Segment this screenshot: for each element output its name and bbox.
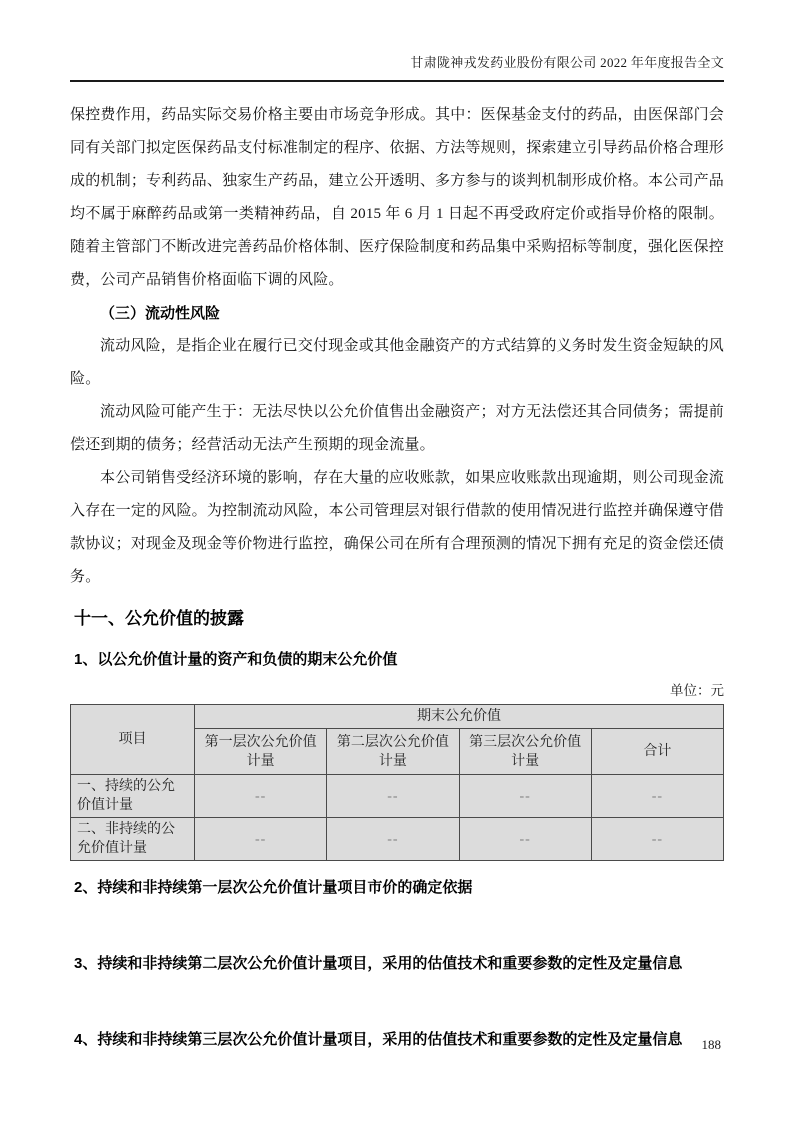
- report-page: 甘肃陇神戎发药业股份有限公司 2022 年年度报告全文 保控费作用，药品实际交易…: [0, 0, 793, 1122]
- unit-label: 单位：元: [70, 683, 724, 699]
- table-row: 二、非持续的公允价值计量 -- -- -- --: [71, 818, 724, 861]
- cell-value: --: [327, 818, 459, 861]
- heading-level2-valuation-info: 3、持续和非持续第二层次公允价值计量项目，采用的估值技术和重要参数的定性及定量信…: [70, 953, 724, 974]
- cell-value: --: [459, 818, 591, 861]
- fair-value-table: 项目 期末公允价值 第一层次公允价值计量 第二层次公允价值计量 第三层次公允价值…: [70, 704, 724, 861]
- heading-liquidity-risk: （三）流动性风险: [70, 297, 724, 330]
- cell-value: --: [195, 818, 327, 861]
- cell-value: --: [591, 775, 723, 818]
- paragraph-liquidity-definition: 流动风险，是指企业在履行已交付现金或其他金融资产的方式结算的义务时发生资金短缺的…: [70, 330, 724, 396]
- page-header: 甘肃陇神戎发药业股份有限公司 2022 年年度报告全文: [70, 0, 724, 82]
- page-content: 保控费作用，药品实际交易价格主要由市场竞争形成。其中：医保基金支付的药品，由医保…: [0, 82, 793, 1050]
- paragraph-price-risk: 保控费作用，药品实际交易价格主要由市场竞争形成。其中：医保基金支付的药品，由医保…: [70, 99, 724, 297]
- paragraph-liquidity-causes: 流动风险可能产生于：无法尽快以公允价值售出金融资产；对方无法偿还其合同债务；需提…: [70, 396, 724, 462]
- table-header-group-row: 项目 期末公允价值: [71, 705, 724, 729]
- column-header-level3: 第三层次公允价值计量: [459, 729, 591, 775]
- cell-value: --: [459, 775, 591, 818]
- paragraph-liquidity-control: 本公司销售受经济环境的影响，存在大量的应收账款，如果应收账款出现逾期，则公司现金…: [70, 462, 724, 594]
- column-header-item: 项目: [71, 705, 195, 775]
- heading-fair-value-disclosure: 十一、公允价值的披露: [70, 606, 724, 632]
- column-header-total: 合计: [591, 729, 723, 775]
- column-header-level2: 第二层次公允价值计量: [327, 729, 459, 775]
- cell-value: --: [591, 818, 723, 861]
- cell-value: --: [195, 775, 327, 818]
- cell-value: --: [327, 775, 459, 818]
- document-title: 甘肃陇神戎发药业股份有限公司 2022 年年度报告全文: [410, 55, 724, 70]
- row-label-continuous: 一、持续的公允价值计量: [71, 775, 195, 818]
- table-row: 一、持续的公允价值计量 -- -- -- --: [71, 775, 724, 818]
- heading-level3-valuation-info: 4、持续和非持续第三层次公允价值计量项目，采用的估值技术和重要参数的定性及定量信…: [70, 1029, 724, 1050]
- page-number: 188: [702, 1037, 722, 1053]
- column-header-level1: 第一层次公允价值计量: [195, 729, 327, 775]
- column-group-header-period-end-fair-value: 期末公允价值: [195, 705, 724, 729]
- heading-fair-value-period-end: 1、以公允价值计量的资产和负债的期末公允价值: [70, 649, 724, 670]
- heading-level1-basis: 2、持续和非持续第一层次公允价值计量项目市价的确定依据: [70, 877, 724, 898]
- row-label-non-continuous: 二、非持续的公允价值计量: [71, 818, 195, 861]
